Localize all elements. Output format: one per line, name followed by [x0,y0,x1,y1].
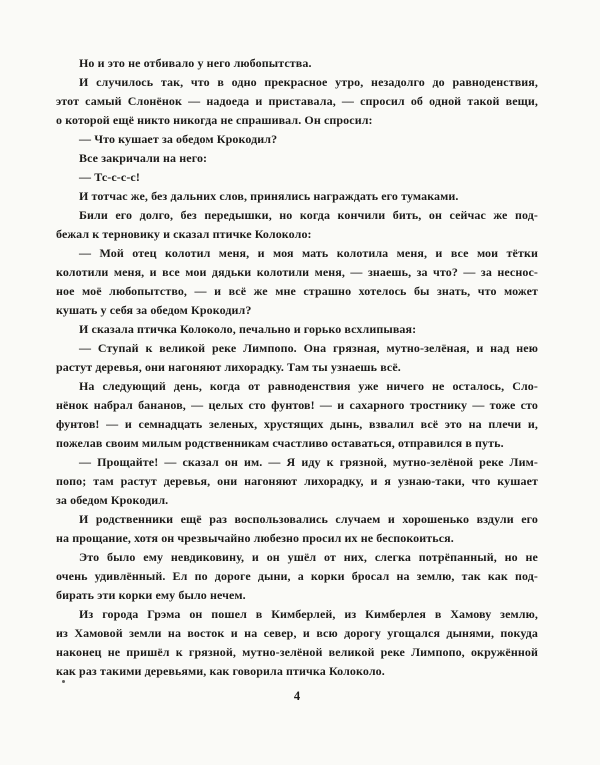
text-line: фунтов! — и семнадцать зеленых, хрустящи… [56,415,538,434]
text-line: — Прощайте! — сказал он им. — Я иду к гр… [56,453,538,472]
text-line: очень удивлённый. Ел по дороге дыни, а к… [56,567,538,586]
text-line: Били его долго, без передышки, но когда … [56,206,538,225]
page-text: Но и это не отбивало у него любопытства.… [56,54,538,681]
text-line: этот самый Слонёнок — надоеда и пристава… [56,92,538,111]
text-line: из Хамовой земли на восток и на север, и… [56,624,538,643]
text-line: наконец не пришёл к грязной, мутно-зелён… [56,643,538,662]
book-page: Но и это не отбивало у него любопытства.… [0,0,600,765]
text-line: На следующий день, когда от равноденстви… [56,377,538,396]
text-line: пожелав своим милым родственникам счастл… [56,434,538,453]
page-number: 4 [56,689,538,704]
text-line: о которой ещё никто никогда не спрашивал… [56,111,538,130]
text-line: за обедом Крокодил. [56,491,538,510]
text-line: — Ступай к великой реке Лимпопо. Она гря… [56,339,538,358]
text-line: — Мой отец колотил меня, и моя мать коло… [56,244,538,263]
text-line: И случилось так, что в одно прекрасное у… [56,73,538,92]
text-line: растут деревья, они нагоняют лихорадку. … [56,358,538,377]
text-line: колотили меня, и все мои дядьки колотили… [56,263,538,282]
text-line: Это было ему невдиковину, и он ушёл от н… [56,548,538,567]
text-line: попо; там растут деревья, они нагоняют л… [56,472,538,491]
text-line: И тотчас же, без дальних слов, принялись… [56,187,538,206]
text-line: на прощание, хотя он чрезвычайно любезно… [56,529,538,548]
text-line: Но и это не отбивало у него любопытства. [56,54,538,73]
text-line: И родственники ещё раз воспользовались с… [56,510,538,529]
text-line: бирать эти корки ему было нечем. [56,586,538,605]
text-line: Из города Грэма он пошел в Кимберлей, из… [56,605,538,624]
text-line: Все закричали на него: [56,149,538,168]
text-line: бежал к терновику и сказал птичке Колоко… [56,225,538,244]
scan-speck [62,680,65,683]
text-line: — Что кушает за обедом Крокодил? [56,130,538,149]
text-line: И сказала птичка Колоколо, печально и го… [56,320,538,339]
text-line: нёнок набрал бананов, — целых сто фунтов… [56,396,538,415]
text-line: ное моё любопытство, — и всё же мне стра… [56,282,538,301]
text-line: кушать у себя за обедом Крокодил? [56,301,538,320]
text-line: как раз такими деревьями, как говорила п… [56,662,538,681]
text-line: — Тс-с-с-с! [56,168,538,187]
